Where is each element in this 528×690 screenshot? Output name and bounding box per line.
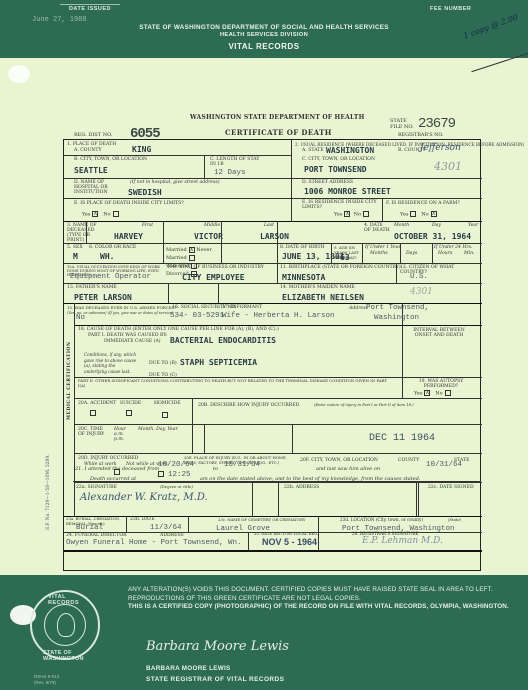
legal-notice: ANY ALTERATION(S) VOIDS THIS DOCUMENT. C… [128, 586, 518, 612]
under-24-hrs-label: If Under 24 Hrs. [434, 245, 472, 250]
date-signed-label: 22c. DATE SIGNED [428, 485, 474, 490]
state-file-number: 23679 [418, 116, 455, 132]
res-state-value: WASHINGTON [326, 146, 374, 155]
date-of-death-label: 4. DATE OF DEATH [364, 223, 390, 233]
mother-note: 4301 [410, 287, 433, 297]
days-label: Days [406, 251, 417, 256]
min-label: Min. [464, 251, 475, 256]
homicide-checkbox[interactable] [162, 412, 168, 418]
received-by-label: 25. DATE REC'D BY LOCAL REG. [254, 531, 318, 536]
farm-yes-checkbox[interactable] [410, 211, 416, 217]
hospital-note: (If not in hospital, give street address… [130, 180, 220, 185]
married-checkbox[interactable]: X [189, 247, 195, 253]
last-seen-value: 10/31/64 [426, 461, 462, 469]
informant-address-1: Port Townsend, [366, 304, 429, 312]
burial-date-value: 11/3/64 [150, 524, 182, 532]
res-code-note: 4301 [434, 160, 462, 173]
death-county-value: KING [132, 145, 151, 154]
length-of-stay-value: 12 Days [214, 169, 246, 177]
res-street-value: 1006 MONROE STREET [304, 187, 391, 196]
top-banner: DATE ISSUED June 27, 1988 FEE NUMBER STA… [0, 0, 528, 58]
fee-number-label: FEE NUMBER [430, 6, 471, 12]
burial-location-label: 23d. LOCATION (City, town, or county) [340, 517, 423, 522]
date-issued-value: June 27, 1988 [32, 16, 87, 24]
farm-label: f. IS RESIDENCE ON A FARM? [386, 201, 460, 206]
physician-address-label: 22b. ADDRESS [284, 485, 319, 490]
business-value: CITY EMPLOYEE [182, 273, 245, 282]
res-inside-city-options: YesX No [334, 211, 369, 218]
citizen-value: U.S. [410, 273, 428, 281]
armed-forces-value: No [76, 314, 85, 322]
res-street-label: d. STREET ADDRESS [302, 180, 353, 185]
state-registrar-title: STATE REGISTRAR OF VITAL RECORDS [146, 676, 284, 683]
month-label: Month [394, 223, 409, 228]
conditions-label: Conditions, if any, which gave rise to a… [84, 352, 138, 374]
date-issued-label: DATE ISSUED [60, 4, 120, 12]
hours-label: Hours [438, 251, 452, 256]
funeral-director-address-label: ADDRESS [160, 533, 184, 538]
dob-label: 8. DATE OF BIRTH [280, 245, 325, 250]
hour-label: Hour a.m. p.m. [114, 427, 128, 442]
res-city-label: c. CITY, TOWN, OR LOCATION [302, 157, 375, 162]
hospital-label: d. NAME OF HOSPITAL OR INSTITUTION [74, 180, 126, 195]
divider [73, 481, 481, 482]
burial-state-label: (State) [448, 517, 461, 522]
birthplace-value: MINNESOTA [282, 273, 325, 282]
inside-city-no-checkbox[interactable] [113, 211, 119, 217]
decedent-name-label: 3. NAME OF DECEASED (Type or print) [67, 223, 107, 243]
part2-label: PART II. OTHER SIGNIFICANT CONDITIONS CO… [78, 379, 388, 388]
res-inside-city-label: e. IS RESIDENCE INSIDE CITY LIMITS? [302, 200, 378, 210]
burial-date-label: 23b. DATE [130, 517, 155, 522]
bottom-banner: VITAL RECORDS STATE OF WASHINGTON DSHS 9… [0, 575, 528, 690]
autopsy-options: YesX No [414, 390, 451, 397]
registrar-signature: E.P. Lehman M.D. [362, 536, 443, 546]
race-label: 6. COLOR OR RACE [89, 245, 136, 250]
describe-injury-label: 20b. DESCRIBE HOW INJURY OCCURRED. [198, 403, 301, 408]
attended-to-value: 10/31/64 [224, 461, 260, 469]
divider [418, 482, 419, 516]
cemetery-label: 23c. NAME OF CEMETERY OR CREMATORY [218, 517, 305, 522]
birthplace-label: 11. BIRTHPLACE (State or foreign country… [280, 265, 401, 270]
certificate-title: CERTIFICATE OF DEATH [225, 128, 332, 137]
first-label: First [142, 223, 153, 228]
injury-occurred-label: 20d. INJURY OCCURRED [78, 456, 138, 461]
attended-from-value: 10/20/64 [158, 461, 194, 469]
mother-value: ELIZABETH NEILSEN [282, 293, 364, 302]
suicide-checkbox[interactable] [126, 410, 132, 416]
mother-label: 14. MOTHER'S MAIDEN NAME [280, 285, 355, 290]
death-city-label: b. CITY, TOWN, OR LOCATION [74, 157, 147, 162]
state-file-label: STATE FILE NO. [390, 118, 416, 130]
received-date-stamp: DEC 11 1964 [369, 433, 435, 444]
ssn-value: 534- 03-5291 [170, 312, 224, 320]
funeral-director-label: 24. FUNERAL DIRECTOR [66, 533, 127, 538]
vital-records-seal: VITAL RECORDS STATE OF WASHINGTON [30, 590, 100, 660]
death-city-value: SEATTLE [74, 166, 108, 175]
injury-county-label: COUNTY [398, 458, 419, 463]
citizen-label: 12. CITIZEN OF WHAT COUNTRY? [400, 265, 460, 275]
middle-label: Middle [204, 223, 220, 228]
father-label: 13. FATHER'S NAME [67, 285, 117, 290]
degree-label: (Degree or title) [160, 484, 193, 489]
seal-portrait-icon [57, 613, 75, 637]
armed-forces-label: 15. WAS DECEASED EVER IN U.S. ARMED FORC… [67, 305, 177, 310]
due-to-b-label: DUE TO (b) [149, 361, 177, 366]
immediate-cause-label: IMMEDIATE CAUSE (a) [104, 339, 161, 344]
decedent-last-name: LARSON [260, 232, 289, 241]
physician-signature: Alexander W. Kratz, M.D. [80, 492, 208, 503]
agency-header: WASHINGTON STATE DEPARTMENT OF HEALTH [190, 114, 364, 121]
last-label: Last [264, 223, 274, 228]
attended-to-label: to [213, 466, 218, 472]
inside-city-options: YesX No [82, 211, 119, 218]
informant-address-label: Address [349, 306, 368, 311]
farm-options: Yes NoX [400, 211, 437, 218]
res-state-label: a. STATE [302, 148, 324, 153]
interval-label: INTERVAL BETWEEN ONSET AND DEATH [409, 328, 469, 338]
form-number: DSHS 9-013 (Rev. 9/79) [34, 674, 59, 686]
farm-no-checkbox[interactable]: X [431, 211, 437, 217]
length-of-stay-label: c. LENGTH OF STAY IN 1b [210, 157, 260, 167]
sex-label: 5. SEX [67, 245, 83, 250]
registrar-no-label: REGISTRAR'S NO. [398, 133, 444, 138]
funeral-director-value: Owyen Funeral Home - Port Townsend, Wn. [66, 539, 242, 547]
state-registrar-name: BARBARA MOORE LEWIS [146, 665, 231, 672]
year-label: Year [468, 223, 478, 228]
death-time-value: 12:25 [168, 471, 191, 479]
inside-city-yes-checkbox[interactable]: X [92, 211, 98, 217]
res-county-value: Jefferson [420, 143, 461, 153]
res-city-value: PORT TOWNSEND [304, 165, 367, 174]
hospital-value: SWEDISH [128, 188, 162, 197]
mdy-label: Month, Day, Year [138, 427, 178, 432]
autopsy-label: 19. WAS AUTOPSY PERFORMED? [406, 379, 476, 389]
death-county-label: a. COUNTY [74, 148, 102, 153]
homicide-label: HOMICIDE [154, 401, 181, 406]
due-to-b-value: STAPH SEPTICEMIA [180, 358, 257, 367]
punch-hole [8, 65, 30, 83]
reg-dist-label: REG. DIST NO. [74, 132, 113, 138]
cause-label: 18. CAUSE OF DEATH (Enter only one cause… [78, 327, 279, 332]
business-label: 10b. KIND OF BUSINESS OR INDUSTRY [167, 265, 267, 270]
occupation-value: Equipment Operator [70, 273, 151, 281]
age-value: 63 [340, 253, 350, 262]
res-inside-yes-checkbox[interactable]: X [344, 211, 350, 217]
divider [278, 482, 279, 516]
day-label: Day [432, 223, 441, 228]
res-inside-no-checkbox[interactable] [363, 211, 369, 217]
accident-label: 20a. ACCIDENT [78, 401, 116, 406]
decedent-middle-name: VICTOR [194, 232, 223, 241]
immediate-cause-value: BACTERIAL ENDOCARDITIS [170, 336, 276, 345]
informant-value: Wife - Herberta H. Larson [222, 312, 335, 320]
decedent-first-name: HARVEY [114, 232, 143, 241]
attended-label: 21. I attended the deceased from [75, 466, 159, 472]
last-seen-label: and last saw him alive on [316, 466, 380, 472]
time-of-injury-label: 20c. TIME OF INJURY [78, 427, 108, 437]
father-value: PETER LARSON [74, 293, 132, 302]
months-label: Months [370, 251, 388, 256]
under-1-year-label: If Under 1 Year [365, 245, 401, 250]
informant-label: 17. INFORMANT [222, 305, 262, 310]
sex-value: M [73, 252, 78, 261]
inside-city-label: e. IS PLACE OF DEATH INSIDE CITY LIMITS? [74, 201, 184, 206]
state-registrar-signature: Barbara Moore Lewis [146, 639, 289, 654]
describe-injury-note: (Enter nature of injury in Part I or Par… [314, 403, 414, 408]
autopsy-no-checkbox[interactable] [445, 390, 451, 396]
form-code-side: S.F. No. 7129—1-58—10M. 5289. [46, 330, 56, 530]
part1-label: PART I. DEATH WAS CAUSED BY: [88, 333, 167, 338]
informant-address-2: Washington [374, 314, 419, 322]
injury-location-label: 20f. CITY, TOWN, OR LOCATION [300, 458, 378, 463]
department-title: STATE OF WASHINGTON DEPARTMENT OF SOCIAL… [0, 24, 528, 31]
date-of-death-value: OCTOBER 31, 1964 [394, 232, 471, 241]
accident-checkbox[interactable] [90, 410, 96, 416]
never-married-checkbox[interactable] [189, 255, 195, 261]
suicide-label: SUICIDE [120, 401, 141, 406]
received-by-stamp: NOV 5 - 1964 [262, 537, 317, 547]
vital-records-title: VITAL RECORDS [0, 42, 528, 51]
disposition-value: Burial [76, 524, 103, 532]
place-of-death-label: 1. PLACE OF DEATH [67, 142, 116, 147]
division-title: HEALTH SERVICES DIVISION [0, 32, 528, 38]
signature-label: 22a. SIGNATURE [76, 485, 117, 490]
autopsy-yes-checkbox[interactable]: X [424, 390, 430, 396]
race-value: WH. [100, 252, 114, 261]
